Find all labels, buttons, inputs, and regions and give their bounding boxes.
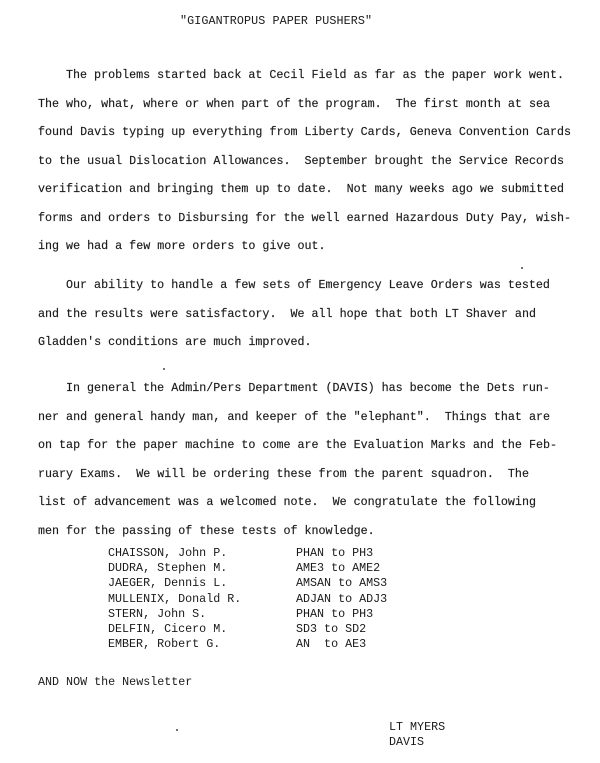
advancement-name: DUDRA, Stephen M. [108, 561, 296, 576]
text-line: forms and orders to Disbursing for the w… [38, 204, 598, 233]
text-line: ner and general handy man, and keeper of… [38, 403, 598, 432]
advancement-rate: AN to AE3 [296, 637, 366, 652]
text-line: found Davis typing up everything from Li… [38, 118, 598, 147]
advancement-row: DUDRA, Stephen M. AME3 to AME2 [108, 561, 387, 576]
text-line: ruary Exams. We will be ordering these f… [38, 460, 598, 489]
paper-speck [163, 368, 165, 370]
advancement-row: MULLENIX, Donald R. ADJAN to ADJ3 [108, 592, 387, 607]
advancement-row: EMBER, Robert G. AN to AE3 [108, 637, 387, 652]
advancement-rate: AMSAN to AMS3 [296, 576, 387, 591]
advancement-name: CHAISSON, John P. [108, 546, 296, 561]
advancement-rate: ADJAN to ADJ3 [296, 592, 387, 607]
advancement-row: JAEGER, Dennis L. AMSAN to AMS3 [108, 576, 387, 591]
text-line: and the results were satisfactory. We al… [38, 300, 598, 329]
paper-speck [521, 267, 523, 269]
advancement-name: DELFIN, Cicero M. [108, 622, 296, 637]
signature-line: DAVIS [389, 735, 445, 750]
signature-line: LT MYERS [389, 720, 445, 735]
text-line: on tap for the paper machine to come are… [38, 431, 598, 460]
advancement-rate: SD3 to SD2 [296, 622, 366, 637]
paper-speck [176, 729, 178, 731]
paragraph-emergency-leave: Our ability to handle a few sets of Emer… [38, 271, 598, 357]
advancement-row: STERN, John S. PHAN to PH3 [108, 607, 387, 622]
advancement-name: JAEGER, Dennis L. [108, 576, 296, 591]
advancement-row: DELFIN, Cicero M. SD3 to SD2 [108, 622, 387, 637]
advancement-rate: PHAN to PH3 [296, 546, 373, 561]
text-line: verification and bringing them up to dat… [38, 175, 598, 204]
text-line: to the usual Dislocation Allowances. Sep… [38, 147, 598, 176]
closing-line: AND NOW the Newsletter [38, 675, 192, 689]
document-page: "GIGANTROPUS PAPER PUSHERS" The problems… [0, 0, 600, 763]
advancement-rate: AME3 to AME2 [296, 561, 380, 576]
advancement-row: CHAISSON, John P. PHAN to PH3 [108, 546, 387, 561]
advancement-list: CHAISSON, John P. PHAN to PH3 DUDRA, Ste… [108, 546, 387, 652]
advancement-name: MULLENIX, Donald R. [108, 592, 296, 607]
text-line: The who, what, where or when part of the… [38, 90, 598, 119]
signature-block: LT MYERS DAVIS [389, 720, 445, 750]
advancement-name: STERN, John S. [108, 607, 296, 622]
paragraph-admin-pers: In general the Admin/Pers Department (DA… [38, 374, 598, 545]
advancement-name: EMBER, Robert G. [108, 637, 296, 652]
paragraph-paper-work: The problems started back at Cecil Field… [38, 61, 598, 261]
text-line: Gladden's conditions are much improved. [38, 328, 598, 357]
text-line: The problems started back at Cecil Field… [38, 61, 598, 90]
text-line: In general the Admin/Pers Department (DA… [38, 374, 598, 403]
text-line: men for the passing of these tests of kn… [38, 517, 598, 546]
text-line: ing we had a few more orders to give out… [38, 232, 598, 261]
advancement-rate: PHAN to PH3 [296, 607, 373, 622]
document-title: "GIGANTROPUS PAPER PUSHERS" [180, 14, 372, 28]
text-line: list of advancement was a welcomed note.… [38, 488, 598, 517]
text-line: Our ability to handle a few sets of Emer… [38, 271, 598, 300]
